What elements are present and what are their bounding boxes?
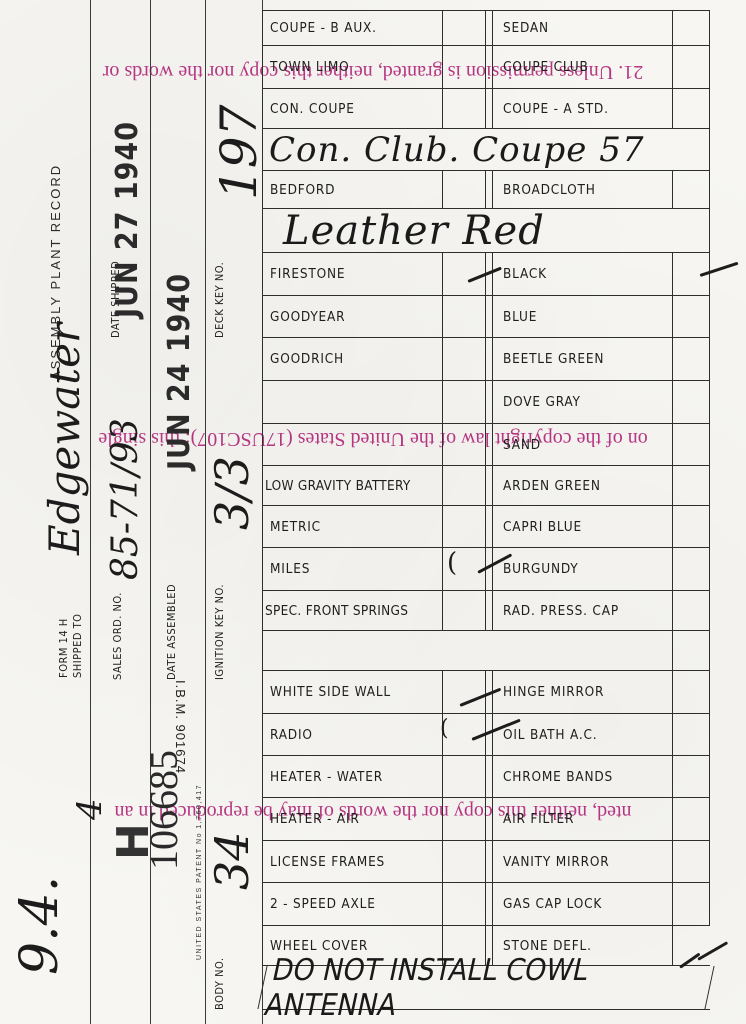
- check-box-right[interactable]: [673, 171, 710, 208]
- shipped-to-value: Edgewater: [40, 323, 89, 555]
- grid-row: LICENSE FRAMES VANITY MIRROR: [262, 840, 710, 882]
- check-box-left[interactable]: [443, 756, 486, 797]
- patent-text: UNITED STATES PATENT No 1,760,417: [196, 784, 203, 960]
- check-box-left[interactable]: [443, 171, 486, 208]
- option-left: CON. COUPE: [262, 89, 443, 128]
- option-right: BLACK: [492, 253, 673, 295]
- deck-key-label: DECK KEY NO.: [214, 262, 226, 338]
- check-box-right[interactable]: [673, 841, 710, 882]
- check-box-left[interactable]: [443, 841, 486, 882]
- option-left: SPEC. FRONT SPRINGS: [262, 591, 443, 630]
- form-number: FORM 14 H: [58, 618, 70, 678]
- grid-row: COUPE - B AUX. SEDAN: [262, 10, 710, 45]
- check-box-right[interactable]: [673, 11, 710, 45]
- deck-key-value: 197: [210, 105, 268, 200]
- handwritten-code: 9.4.: [10, 876, 70, 975]
- option-right: CAPRI BLUE: [492, 506, 673, 547]
- check-box-left[interactable]: [443, 424, 486, 465]
- check-box-right[interactable]: [673, 89, 710, 128]
- grid-row: GOODRICH BEETLE GREEN: [262, 337, 710, 380]
- option-right: DOVE GRAY: [492, 381, 673, 423]
- option-left: METRIC: [262, 506, 443, 547]
- check-box-left[interactable]: [443, 671, 486, 713]
- record-card: 21. Unless permission is granted, neithe…: [0, 0, 746, 1024]
- grid-row: WHITE SIDE WALL HINGE MIRROR: [262, 670, 710, 713]
- option-left: GOODYEAR: [262, 296, 443, 337]
- check-box-right[interactable]: [673, 714, 710, 755]
- option-right: BEETLE GREEN: [492, 338, 673, 380]
- option-left: [262, 424, 443, 465]
- option-left: TOWN LIMO: [262, 46, 443, 88]
- option-right: COUPE - A STD.: [492, 89, 673, 128]
- grid-row-handwritten: Con. Club. Coupe 57: [262, 128, 710, 170]
- paren-mark-miles: (: [447, 548, 457, 578]
- handwritten-instruction: DO NOT INSTALL COWL ANTENNA: [257, 966, 714, 1009]
- option-right: SAND: [492, 424, 673, 465]
- check-box-right[interactable]: [673, 671, 710, 713]
- ignition-key-label: IGNITION KEY NO.: [214, 584, 226, 680]
- check-box-right[interactable]: [673, 756, 710, 797]
- ibm-number: I.B.M. 901674: [173, 680, 188, 774]
- grid-row: TOWN LIMO COUPE CLUB: [262, 45, 710, 88]
- option-right: AIR FILTER: [492, 798, 673, 840]
- date-assembled-stamp: JUN 24 1940: [162, 273, 197, 470]
- option-left: LOW GRAVITY BATTERY: [262, 466, 443, 505]
- serial-suffix-handwritten: 4: [70, 798, 110, 820]
- check-box-left[interactable]: [443, 296, 486, 337]
- option-left: HEATER - AIR: [262, 798, 443, 840]
- option-right: VANITY MIRROR: [492, 841, 673, 882]
- sales-order-label: SALES ORD. NO.: [112, 592, 124, 680]
- check-box-left[interactable]: [443, 591, 486, 630]
- option-left: [262, 381, 443, 423]
- grid-row: DOVE GRAY: [262, 380, 710, 423]
- option-right: BROADCLOTH: [492, 171, 673, 208]
- ignition-key-value: 3/3: [205, 456, 259, 530]
- check-box-left[interactable]: [443, 11, 486, 45]
- grid-row: BEDFORD BROADCLOTH: [262, 170, 710, 208]
- grid-row: HEATER - AIR AIR FILTER: [262, 797, 710, 840]
- option-right: BLUE: [492, 296, 673, 337]
- check-box-right[interactable]: [673, 296, 710, 337]
- check-box-left[interactable]: [443, 883, 486, 925]
- option-right: CHROME BANDS: [492, 756, 673, 797]
- option-left: COUPE - B AUX.: [262, 11, 443, 45]
- check-box-right[interactable]: [673, 466, 710, 505]
- option-left: FIRESTONE: [262, 253, 443, 295]
- blank-cell: [262, 631, 673, 670]
- check-box-right[interactable]: [673, 798, 710, 840]
- check-box-left[interactable]: [443, 46, 486, 88]
- check-box-left[interactable]: [443, 89, 486, 128]
- check-box-left[interactable]: [443, 466, 486, 505]
- handwritten-upholstery: Leather Red: [262, 209, 710, 252]
- date-assembled-label: DATE ASSEMBLED: [166, 584, 178, 680]
- check-box-right[interactable]: [673, 338, 710, 380]
- option-left: MILES: [262, 548, 443, 590]
- check-box-right[interactable]: [673, 381, 710, 423]
- check-box-right[interactable]: [673, 631, 710, 670]
- paren-mark-radio: (: [440, 716, 449, 741]
- date-shipped-stamp: JUN 27 1940: [110, 121, 145, 318]
- check-box-right[interactable]: [673, 46, 710, 88]
- option-left: LICENSE FRAMES: [262, 841, 443, 882]
- option-left: BEDFORD: [262, 171, 443, 208]
- check-box-left[interactable]: [443, 338, 486, 380]
- option-left: GOODRICH: [262, 338, 443, 380]
- option-left: WHITE SIDE WALL: [262, 671, 443, 713]
- option-right: HINGE MIRROR: [492, 671, 673, 713]
- grid-row-handwritten: Leather Red: [262, 208, 710, 252]
- shipped-to-label: SHIPPED TO: [72, 614, 84, 678]
- option-left: HEATER - WATER: [262, 756, 443, 797]
- grid-row: GOODYEAR BLUE: [262, 295, 710, 337]
- option-right: SEDAN: [492, 11, 673, 45]
- check-box-right[interactable]: [673, 548, 710, 590]
- check-box-right[interactable]: [673, 883, 710, 925]
- option-right: BURGUNDY: [492, 548, 673, 590]
- body-number-value: 34: [205, 831, 259, 890]
- option-right: RAD. PRESS. CAP: [492, 591, 673, 630]
- check-box-left[interactable]: [443, 381, 486, 423]
- check-box-left[interactable]: [443, 506, 486, 547]
- option-right: GAS CAP LOCK: [492, 883, 673, 925]
- option-right: ARDEN GREEN: [492, 466, 673, 505]
- grid-row: SPEC. FRONT SPRINGS RAD. PRESS. CAP: [262, 590, 710, 630]
- grid-row-blank: [262, 630, 710, 670]
- option-right: COUPE CLUB: [492, 46, 673, 88]
- grid-row: HEATER - WATER CHROME BANDS: [262, 755, 710, 797]
- check-box-right[interactable]: [673, 506, 710, 547]
- grid-row: LOW GRAVITY BATTERY ARDEN GREEN: [262, 465, 710, 505]
- grid-row: METRIC CAPRI BLUE: [262, 505, 710, 547]
- grid-row: CON. COUPE COUPE - A STD.: [262, 88, 710, 128]
- check-box-left[interactable]: [443, 798, 486, 840]
- sales-order-value: 85-71/93: [105, 418, 146, 580]
- option-left: RADIO: [262, 714, 443, 755]
- grid-row-handwritten: DO NOT INSTALL COWL ANTENNA: [262, 965, 710, 1010]
- check-box-right[interactable]: [673, 591, 710, 630]
- option-left: 2 - SPEED AXLE: [262, 883, 443, 925]
- grid-row: SAND: [262, 423, 710, 465]
- check-box-right[interactable]: [673, 424, 710, 465]
- body-number-label: BODY NO.: [214, 958, 226, 1010]
- grid-row: 2 - SPEED AXLE GAS CAP LOCK: [262, 882, 710, 925]
- handwritten-model: Con. Club. Coupe 57: [262, 129, 710, 170]
